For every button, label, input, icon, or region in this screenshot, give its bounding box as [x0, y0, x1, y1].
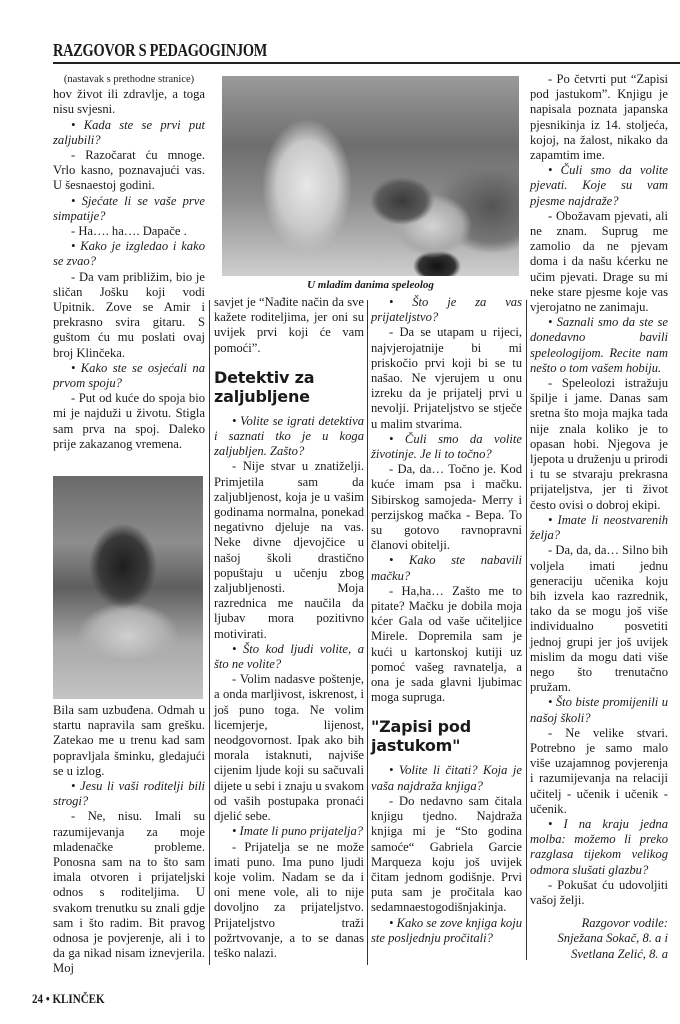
answer: - Put od kuće do spoja bio mi je najduži…	[53, 391, 205, 452]
question: • Saznali smo da ste se donedavno bavili…	[530, 315, 668, 376]
question: • Jesu li vaši roditelji bili strogi?	[53, 779, 205, 809]
column-4: - Po četvrti put “Zapisi pod jastukom”. …	[530, 72, 668, 962]
question: • Sjećate li se vaše prve simpatije?	[53, 194, 205, 224]
column-divider	[209, 300, 210, 965]
cave-photo-speleologist	[222, 76, 519, 276]
question: • Što biste promijenili u našoj školi?	[530, 695, 668, 725]
question: • Što kod ljudi volite, a što ne volite?	[214, 642, 364, 672]
answer: - Do nedavno sam čitala knjigu tjedno. N…	[371, 794, 522, 916]
question: • Imate li neostvarenih želja?	[530, 513, 668, 543]
cave-photo-small	[53, 476, 203, 699]
question: • Volite se igrati detektiva i saznati t…	[214, 414, 364, 460]
question: • Kako ste nabavili mačku?	[371, 553, 522, 583]
answer: - Ne velike stvari. Potrebno je samo mal…	[530, 726, 668, 817]
magazine-name: KLINČEK	[52, 991, 104, 1006]
answer: - Nije stvar u znatiželji. Primjetila sa…	[214, 459, 364, 641]
signature-line: Snježana Sokač, 8. a i	[530, 931, 668, 946]
column-1-bottom: Bila sam uzbuđena. Odmah u startu naprav…	[53, 703, 205, 977]
answer: - Razočarat ću mnoge. Vrlo kasno, poznav…	[53, 148, 205, 194]
column-1: (nastavak s prethodne stranice) hov živo…	[53, 72, 205, 452]
question: • I na kraju jedna molba: možemo li prek…	[530, 817, 668, 878]
answer: - Volim nadasve poštenje, a onda marljiv…	[214, 672, 364, 824]
answer: - Prijatelja se ne može imati puno. Ima …	[214, 840, 364, 962]
question: • Kako ste se osjećali na prvom spoju?	[53, 361, 205, 391]
page-number: 24	[32, 991, 43, 1006]
question: • Kako se zove knjiga koju ste posljednj…	[371, 916, 522, 946]
answer: - Da, da… Točno je. Kod kuće imam psa i …	[371, 462, 522, 553]
question: • Imate li puno prijatelja?	[214, 824, 364, 839]
page-footer: 24 • KLINČEK	[32, 991, 105, 1007]
answer: - Speleolozi istražuju špilje i jame. Da…	[530, 376, 668, 513]
signature: Razgovor vodile: Snježana Sokač, 8. a i …	[530, 916, 668, 962]
subheading-zapisi: "Zapisi pod jastukom"	[371, 717, 522, 755]
photo-caption: U mladim danima speleolog	[222, 279, 519, 291]
signature-line: Svetlana Zelić, 8. a	[530, 947, 668, 962]
paragraph: Bila sam uzbuđena. Odmah u startu naprav…	[53, 703, 205, 779]
footer-separator: •	[46, 991, 50, 1006]
question: • Što je za vas prijateljstvo?	[371, 295, 522, 325]
question: • Kako je izgledao i kako se zvao?	[53, 239, 205, 269]
column-2: savjet je “Nađite način da sve kažete ro…	[214, 295, 364, 961]
question: • Volite li čitati? Koja je vaša najdraž…	[371, 763, 522, 793]
answer: - Ha…. ha…. Dapače .	[53, 224, 205, 239]
article-title: RAZGOVOR S PEDAGOGINJOM	[53, 40, 267, 61]
answer: - Pokušat ću udovoljiti vašoj želji.	[530, 878, 668, 908]
article-header: RAZGOVOR S PEDAGOGINJOM	[53, 40, 680, 64]
column-divider	[367, 300, 368, 965]
paragraph: savjet je “Nađite način da sve kažete ro…	[214, 295, 364, 356]
answer: - Da se utapam u rijeci, najvjerojatnije…	[371, 325, 522, 431]
paragraph: hov život ili zdravlje, a toga nisu svje…	[53, 87, 205, 117]
column-3: • Što je za vas prijateljstvo? - Da se u…	[371, 295, 522, 946]
answer: - Da vam približim, bio je sličan Jošku …	[53, 270, 205, 361]
answer: - Po četvrti put “Zapisi pod jastukom”. …	[530, 72, 668, 163]
subheading-detektiv: Detektiv za zaljubljene	[214, 368, 364, 406]
answer: - Ne, nisu. Imali su razumijevanja za mo…	[53, 809, 205, 976]
answer: - Obožavam pjevati, ali ne znam. Suprug …	[530, 209, 668, 315]
answer: - Da, da, da… Silno bih voljela imati je…	[530, 543, 668, 695]
question: • Čuli smo da volite pjevati. Koje su va…	[530, 163, 668, 209]
continued-note: (nastavak s prethodne stranice)	[53, 72, 205, 87]
question: • Kada ste se prvi put zaljubili?	[53, 118, 205, 148]
answer: - Ha,ha… Zašto me to pitate? Mačku je do…	[371, 584, 522, 706]
signature-line: Razgovor vodile:	[530, 916, 668, 931]
column-divider	[526, 300, 527, 960]
question: • Čuli smo da volite životinje. Je li to…	[371, 432, 522, 462]
